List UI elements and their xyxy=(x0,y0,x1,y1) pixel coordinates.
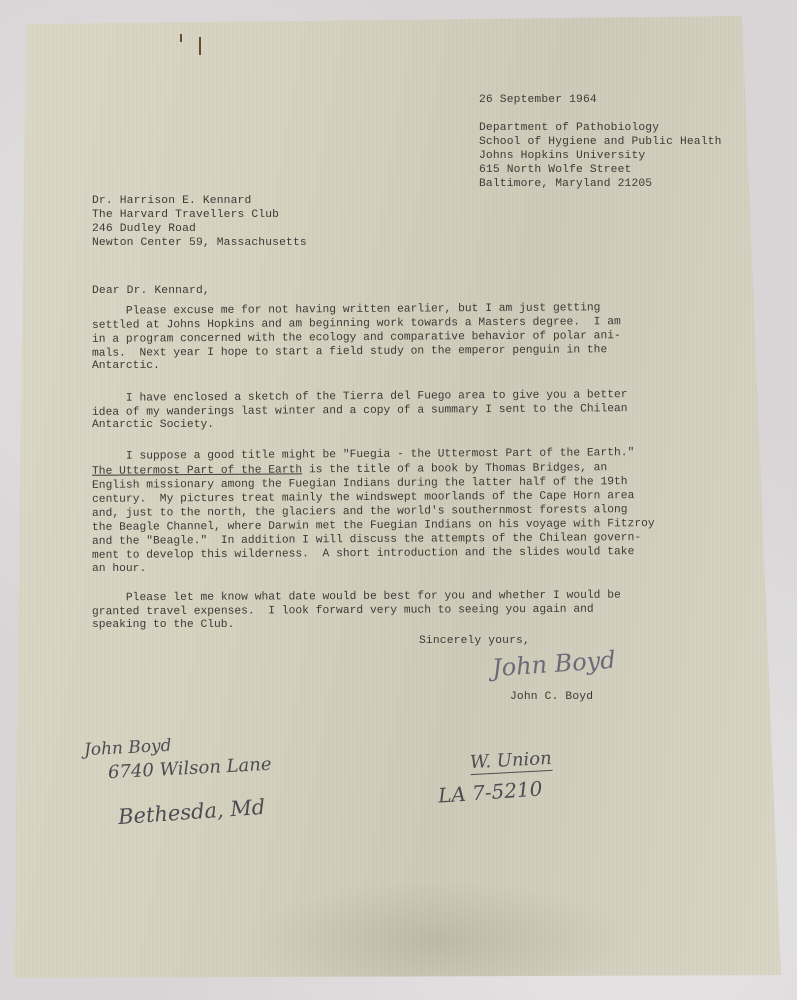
recipient-address-line: 246 Dudley Road xyxy=(92,222,196,237)
sender-address-line: School of Hygiene and Public Health xyxy=(479,135,722,150)
body-line: speaking to the Club. xyxy=(92,618,234,633)
body-line: Antarctic. xyxy=(92,359,160,374)
sender-address-line: 615 North Wolfe Street xyxy=(479,163,631,178)
recipient-address-line: The Harvard Travellers Club xyxy=(92,208,279,223)
letter-date: 26 September 1964 xyxy=(479,93,597,108)
staple-mark xyxy=(199,37,201,55)
salutation: Dear Dr. Kennard, xyxy=(92,284,210,299)
book-title-underlined: The Uttermost Part of the Earth xyxy=(92,464,302,477)
staple-mark xyxy=(180,34,182,42)
typed-name: John C. Boyd xyxy=(510,690,593,705)
recipient-address-line: Newton Center 59, Massachusetts xyxy=(92,236,307,251)
closing: Sincerely yours, xyxy=(419,634,530,649)
body-line: an hour. xyxy=(92,562,146,577)
recipient-address-line: Dr. Harrison E. Kennard xyxy=(92,194,251,209)
handwritten-telegraph: W. Union xyxy=(469,748,552,775)
body-line-rest: is the title of a book by Thomas Bridges… xyxy=(302,462,607,476)
body-line: Antarctic Society. xyxy=(92,418,214,433)
sender-address-line: Department of Pathobiology xyxy=(479,121,659,136)
paper-crease-shadow xyxy=(250,880,630,980)
sender-address-line: Baltimore, Maryland 21205 xyxy=(479,177,652,192)
sender-address-line: Johns Hopkins University xyxy=(479,149,645,164)
